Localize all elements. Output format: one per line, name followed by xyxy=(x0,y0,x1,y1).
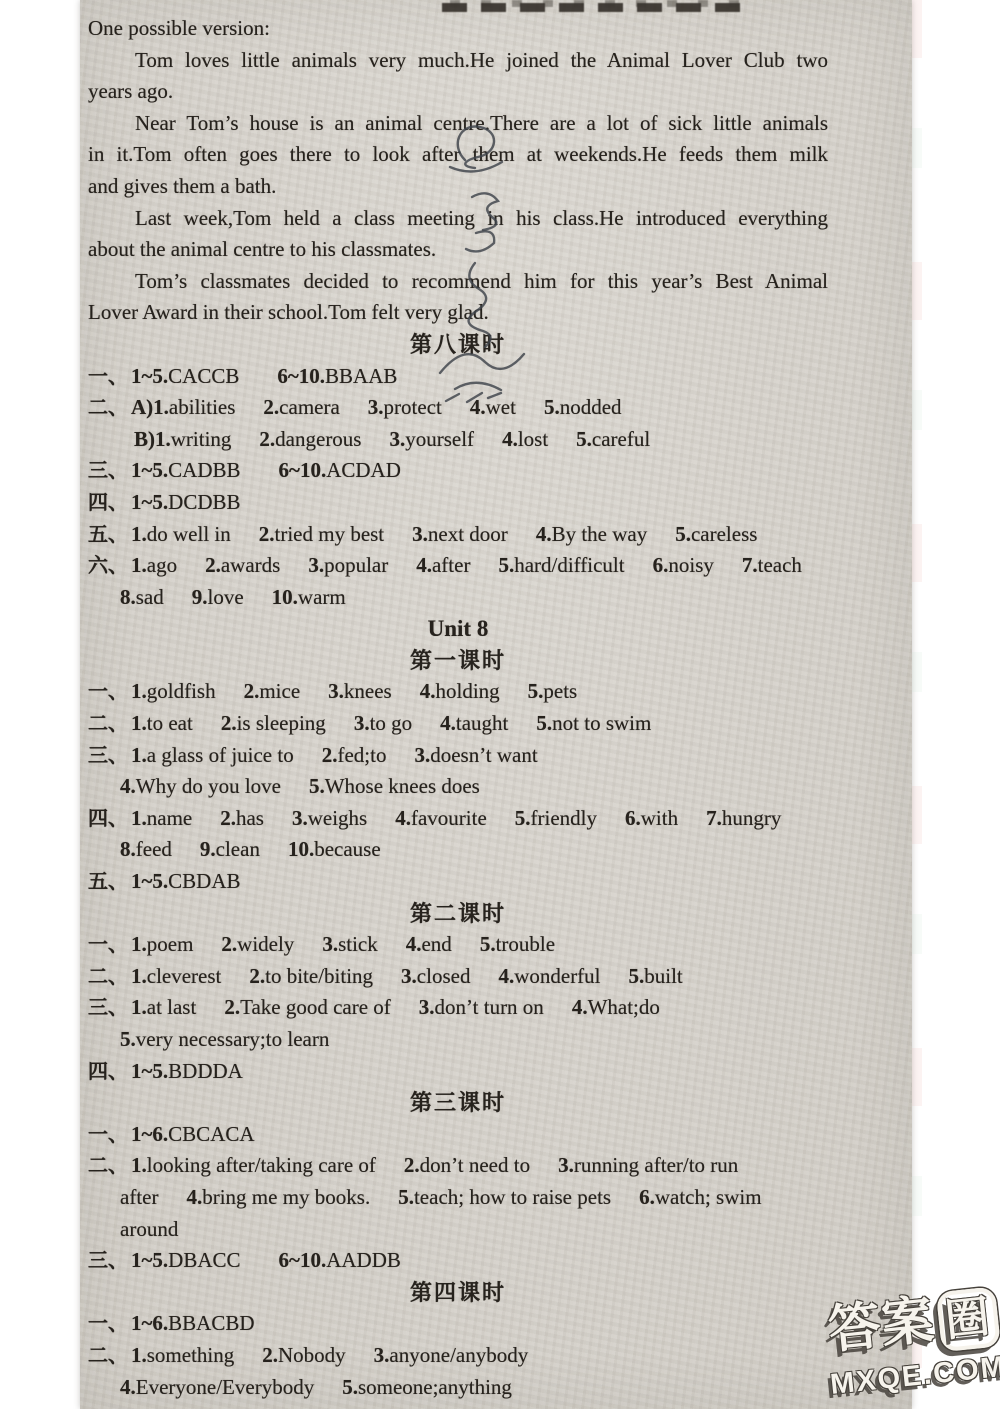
answer-item: 2.to bite/biting xyxy=(249,964,373,988)
answer-item: 5.trouble xyxy=(480,932,555,956)
answer-item: 4.By the way xyxy=(536,522,647,546)
section-number: 四、 xyxy=(88,808,128,830)
answer-item: 1~5.DBACC xyxy=(131,1248,241,1272)
text-line: 4.Why do you love5.Whose knees does xyxy=(88,771,828,803)
answer-item: 2.mice xyxy=(244,679,301,703)
answer-item: 5.pets xyxy=(528,679,578,703)
section-number: 二、 xyxy=(88,397,128,419)
section-number: 二、 xyxy=(88,1155,128,1177)
section-number: 四、 xyxy=(88,1061,128,1083)
text-line: 一、1.goldfish2.mice3.knees4.holding5.pets xyxy=(88,676,828,708)
section-number: 一、 xyxy=(88,1124,128,1146)
scanned-answer-page: One possible version:Tom loves little an… xyxy=(0,0,1000,1409)
answer-item: 2.tried my best xyxy=(259,522,384,546)
text-line: 二、1.cleverest2.to bite/biting3.closed4.w… xyxy=(88,961,828,993)
answer-item: 3.stick xyxy=(322,932,377,956)
answer-item: 1~5.CACCB xyxy=(131,364,239,388)
answer-item: 10.warm xyxy=(272,585,346,609)
answer-item: 1.something xyxy=(131,1343,234,1367)
text-line: One possible version: xyxy=(88,13,828,45)
answer-item: 5.careless xyxy=(675,522,757,546)
section-heading: 第一课时 xyxy=(88,645,828,677)
answer-item: A)1.abilities xyxy=(131,395,235,419)
page-content: One possible version:Tom loves little an… xyxy=(88,13,828,1403)
answer-item: 4.end xyxy=(406,932,452,956)
section-heading: 第三课时 xyxy=(88,1087,828,1119)
text-line: 8.feed9.clean10.because xyxy=(88,834,828,866)
text-line: Tom’s classmates decided to recommend hi… xyxy=(88,266,828,298)
section-number: 二、 xyxy=(88,1345,128,1367)
answer-item: 5.teach; how to raise pets xyxy=(398,1185,611,1209)
answer-item: 2.fed;to xyxy=(322,743,387,767)
answer-item: 2.dangerous xyxy=(259,427,361,451)
text-line: 二、1.looking after/taking care of2.don’t … xyxy=(88,1150,828,1182)
answer-item: 6~10.ACDAD xyxy=(279,458,401,482)
section-number: 三、 xyxy=(88,997,128,1019)
section-heading: 第八课时 xyxy=(88,329,828,361)
text-line: 5.very necessary;to learn xyxy=(88,1024,828,1056)
answer-item: 2.Nobody xyxy=(262,1343,345,1367)
text-line: Lover Award in their school.Tom felt ver… xyxy=(88,297,828,329)
answer-item: 6.noisy xyxy=(653,553,714,577)
answer-item: 3.anyone/anybody xyxy=(374,1343,529,1367)
answer-item: 3.don’t turn on xyxy=(419,995,544,1019)
answer-item: 1.cleverest xyxy=(131,964,221,988)
answer-item: 9.clean xyxy=(200,837,260,861)
answer-item: around xyxy=(120,1217,178,1241)
watermark-brand-text: 答案 xyxy=(826,1291,937,1360)
text-line: and gives them a bath. xyxy=(88,171,828,203)
answer-item: 1~5.BDDDA xyxy=(131,1059,243,1083)
section-number: 三、 xyxy=(88,460,128,482)
section-number: 五、 xyxy=(88,524,128,546)
answer-item: 5.careful xyxy=(576,427,650,451)
text-line: Tom loves little animals very much.He jo… xyxy=(88,45,828,77)
answer-item: 3.closed xyxy=(401,964,470,988)
section-heading: Unit 8 xyxy=(88,613,828,645)
answer-item: 2.is sleeping xyxy=(221,711,326,735)
text-line: B)1.writing2.dangerous3.yourself4.lost5.… xyxy=(88,424,828,456)
answer-item: 5.built xyxy=(629,964,683,988)
answer-item: 7.teach xyxy=(742,553,802,577)
answer-item: 3.doesn’t want xyxy=(414,743,537,767)
answer-item: 4.wet xyxy=(470,395,516,419)
text-line: around xyxy=(88,1214,828,1246)
text-line: 一、1~6.CBCACA xyxy=(88,1119,828,1151)
answer-item: 2.Take good care of xyxy=(224,995,390,1019)
text-line: 五、1.do well in2.tried my best3.next door… xyxy=(88,519,828,551)
text-line: 三、1~5.DBACC6~10.AADDB xyxy=(88,1245,828,1277)
answer-item: 9.love xyxy=(192,585,244,609)
answer-item: 1.ago xyxy=(131,553,177,577)
answer-item: 5.someone;anything xyxy=(342,1375,512,1399)
answer-item: 3.popular xyxy=(308,553,388,577)
answer-item: 5.hard/difficult xyxy=(498,553,624,577)
section-number: 六、 xyxy=(88,555,128,577)
answer-item: 3.to go xyxy=(354,711,412,735)
section-number: 三、 xyxy=(88,745,128,767)
answer-item: 4.taught xyxy=(440,711,508,735)
answer-item: 1.to eat xyxy=(131,711,193,735)
text-line: 8.sad9.love10.warm xyxy=(88,582,828,614)
section-heading: 第四课时 xyxy=(88,1277,828,1309)
answer-item: 4.favourite xyxy=(395,806,487,830)
text-line: 四、1~5.BDDDA xyxy=(88,1056,828,1088)
text-line: 二、A)1.abilities2.camera3.protect4.wet5.n… xyxy=(88,392,828,424)
text-line: about the animal centre to his classmate… xyxy=(88,234,828,266)
section-number: 四、 xyxy=(88,492,128,514)
answer-item: 6~10.AADDB xyxy=(279,1248,401,1272)
answer-item: 5.not to swim xyxy=(536,711,651,735)
text-line: 一、1~6.BBACBD xyxy=(88,1308,828,1340)
answer-item: 1~5.DCDBB xyxy=(131,490,241,514)
text-line: 三、1.a glass of juice to2.fed;to3.doesn’t… xyxy=(88,740,828,772)
answer-item: 4.bring me my books. xyxy=(186,1185,370,1209)
answer-item: 4.wonderful xyxy=(498,964,600,988)
answer-item: 1~5.CADBB xyxy=(131,458,241,482)
answer-item: 1~6.BBACBD xyxy=(131,1311,255,1335)
text-line: 二、1.something2.Nobody3.anyone/anybody xyxy=(88,1340,828,1372)
page-edge-tint xyxy=(912,0,922,1409)
answer-item: 5.very necessary;to learn xyxy=(120,1027,329,1051)
answer-item: 6.watch; swim xyxy=(639,1185,761,1209)
answer-item: 4.What;do xyxy=(572,995,660,1019)
answer-item: 3.weighs xyxy=(292,806,367,830)
answer-item: 1~5.CBDAB xyxy=(131,869,241,893)
answer-item: 4.lost xyxy=(502,427,548,451)
text-line: 四、1~5.DCDBB xyxy=(88,487,828,519)
section-number: 一、 xyxy=(88,1313,128,1335)
answer-item: 1.poem xyxy=(131,932,193,956)
text-line: Near Tom’s house is an animal centre.The… xyxy=(88,108,828,140)
answer-item: 1.at last xyxy=(131,995,196,1019)
answer-item: 1.goldfish xyxy=(131,679,216,703)
clipped-header-fragment xyxy=(442,0,744,12)
text-line: after4.bring me my books.5.teach; how to… xyxy=(88,1182,828,1214)
answer-item: 5.nodded xyxy=(544,395,622,419)
text-line: Last week,Tom held a class meeting in hi… xyxy=(88,203,828,235)
text-line: 4.Everyone/Everybody5.someone;anything xyxy=(88,1372,828,1404)
answer-item: after xyxy=(120,1185,158,1209)
section-number: 五、 xyxy=(88,871,128,893)
watermark-brand-boxed-char: 圈 xyxy=(935,1286,1000,1352)
text-line: 三、1.at last2.Take good care of3.don’t tu… xyxy=(88,992,828,1024)
answer-item: 2.awards xyxy=(205,553,280,577)
answer-item: 6~10.BBAAB xyxy=(277,364,397,388)
answer-item: 5.friendly xyxy=(515,806,597,830)
section-number: 二、 xyxy=(88,966,128,988)
answer-item: 1~6.CBCACA xyxy=(131,1122,255,1146)
answer-item: B)1.writing xyxy=(134,427,231,451)
answer-item: 8.sad xyxy=(120,585,164,609)
text-line: 一、1.poem2.widely3.stick4.end5.trouble xyxy=(88,929,828,961)
answer-item: 3.running after/to run xyxy=(558,1153,738,1177)
answer-item: 3.next door xyxy=(412,522,508,546)
answer-item: 3.knees xyxy=(328,679,392,703)
answer-item: 6.with xyxy=(625,806,678,830)
answer-item: 5.Whose knees does xyxy=(309,774,480,798)
answer-item: 4.Why do you love xyxy=(120,774,281,798)
answer-item: 2.camera xyxy=(263,395,339,419)
section-number: 二、 xyxy=(88,713,128,735)
text-line: in it.Tom often goes there to look after… xyxy=(88,139,828,171)
answer-item: 4.Everyone/Everybody xyxy=(120,1375,314,1399)
section-number: 三、 xyxy=(88,1250,128,1272)
text-line: 五、1~5.CBDAB xyxy=(88,866,828,898)
answer-item: 2.widely xyxy=(221,932,294,956)
answer-item: 4.holding xyxy=(420,679,500,703)
answer-item: 1.a glass of juice to xyxy=(131,743,294,767)
text-line: 二、1.to eat2.is sleeping3.to go4.taught5.… xyxy=(88,708,828,740)
answer-item: 2.has xyxy=(220,806,264,830)
answer-item: 3.yourself xyxy=(389,427,474,451)
text-line: years ago. xyxy=(88,76,828,108)
text-line: 四、1.name2.has3.weighs4.favourite5.friend… xyxy=(88,803,828,835)
answer-item: 7.hungry xyxy=(706,806,781,830)
answer-item: 2.don’t need to xyxy=(404,1153,530,1177)
section-number: 一、 xyxy=(88,681,128,703)
answer-item: 3.protect xyxy=(368,395,442,419)
section-heading: 第二课时 xyxy=(88,898,828,930)
text-line: 三、1~5.CADBB6~10.ACDAD xyxy=(88,455,828,487)
text-line: 一、1~5.CACCB6~10.BBAAB xyxy=(88,361,828,393)
answer-item: 1.looking after/taking care of xyxy=(131,1153,376,1177)
answer-item: 4.after xyxy=(416,553,470,577)
answer-item: 1.name xyxy=(131,806,192,830)
section-number: 一、 xyxy=(88,366,128,388)
text-line: 六、1.ago2.awards3.popular4.after5.hard/di… xyxy=(88,550,828,582)
section-number: 一、 xyxy=(88,934,128,956)
answer-item: 1.do well in xyxy=(131,522,231,546)
answer-item: 10.because xyxy=(288,837,381,861)
answer-item: 8.feed xyxy=(120,837,172,861)
